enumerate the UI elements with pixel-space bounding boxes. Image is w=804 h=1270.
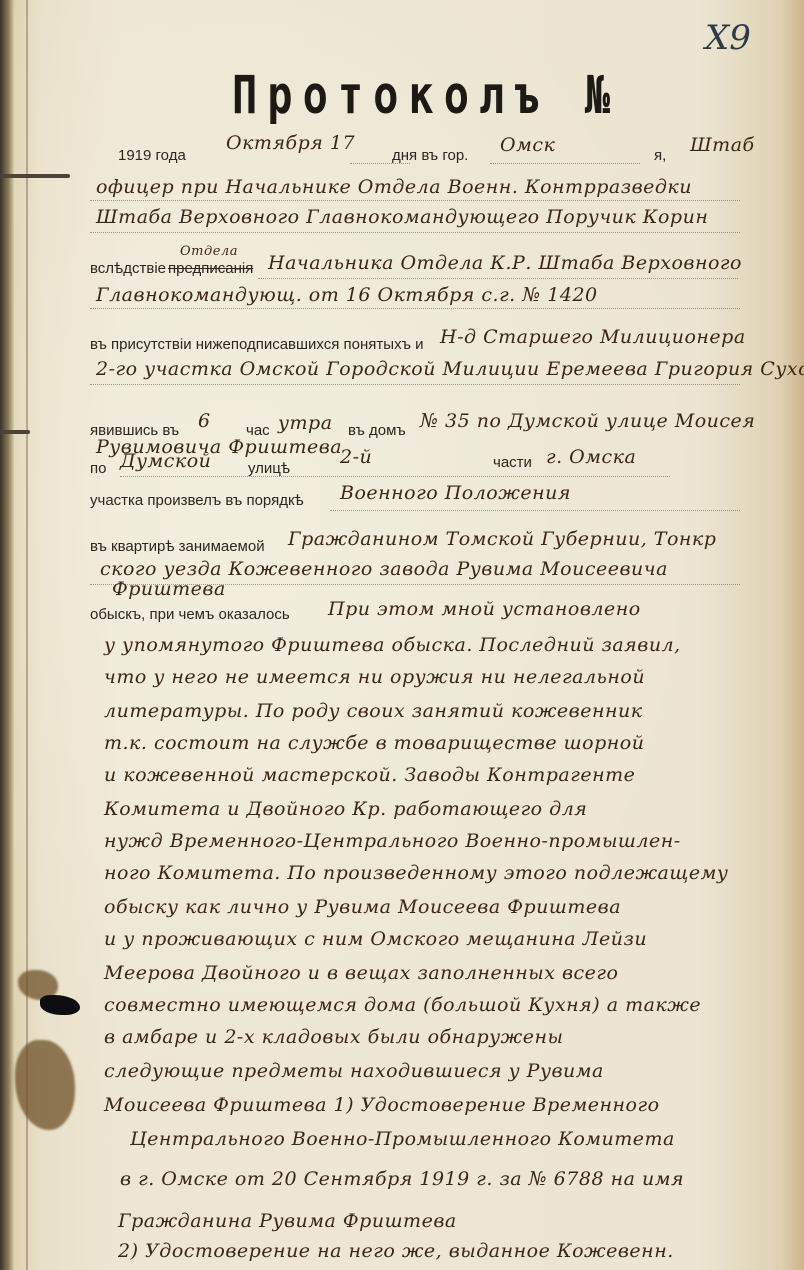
body-line: обыску как лично у Рувима Моисеева Фришт…: [104, 896, 621, 918]
document-page: X9 Протоколъ № 1919 года Октября 17 дня …: [0, 0, 804, 1270]
apartment-line-2: ского уезда Кожевенного завода Рувима Мо…: [100, 558, 668, 580]
body-line: следующие предметы находившиеся у Рувима: [104, 1060, 604, 1082]
fill-line: [90, 200, 740, 201]
apartment-label: въ квартирѣ занимаемой: [90, 538, 265, 555]
consequence-label: вслѣдствіе: [90, 260, 166, 277]
fill-line: [90, 384, 740, 385]
day-city-label: дня въ гор.: [392, 147, 468, 164]
body-line: Гражданина Рувима Фриштева: [118, 1210, 457, 1232]
body-line: нужд Временного-Центрального Военно-пром…: [104, 830, 681, 852]
po-label: по: [90, 460, 106, 477]
margin-pen-mark: [0, 430, 30, 434]
hour-time-handwritten: утра: [278, 412, 333, 434]
year-label: 1919 года: [118, 147, 186, 164]
hour-handwritten: 6: [198, 410, 211, 432]
witnesses-line-1: Н-д Старшего Милиционера: [440, 326, 746, 348]
body-line: т.к. состоит на службе в товариществе шо…: [104, 732, 644, 754]
fill-line: [330, 510, 740, 511]
page-binding-edge: [0, 0, 14, 1270]
consequence-struck-word: предписанія: [168, 260, 253, 277]
fill-line: [258, 278, 738, 279]
water-stain: [15, 1040, 75, 1130]
body-line: и у проживающих с ним Омского мещанина Л…: [104, 928, 647, 950]
body-line: Центрального Военно-Промышленного Комите…: [130, 1128, 675, 1150]
part-label: части: [493, 454, 532, 471]
ya-label: я,: [654, 147, 666, 164]
month-day-handwritten: Октября 17: [226, 132, 355, 154]
apartment-line-3: Фриштева: [112, 578, 226, 600]
fill-line: [120, 476, 670, 477]
order-line-2: Главнокомандующ. от 16 Октября с.г. № 14…: [96, 284, 598, 306]
body-line: Меерова Двойного и в вещах заполненных в…: [104, 962, 618, 984]
page-tear: [40, 995, 80, 1015]
body-line: литературы. По роду своих занятий кожеве…: [104, 700, 643, 722]
presence-label: въ присутствіи нижеподписавшихся понятых…: [90, 336, 424, 353]
body-line: совместно имеющемся дома (большой Кухня)…: [104, 994, 701, 1016]
order-line-1: Начальника Отдела К.Р. Штаба Верховного: [268, 252, 742, 274]
body-line: в амбаре и 2-х кладовых были обнаружены: [104, 1026, 563, 1048]
body-line: Комитета и Двойного Кр. работающего для: [104, 798, 587, 820]
fill-line: [90, 308, 740, 309]
body-line: Моисеева Фриштева 1) Удостоверение Време…: [104, 1094, 660, 1116]
body-line: у упомянутого Фриштева обыска. Последний…: [104, 634, 681, 656]
search-line-1: При этом мной установлено: [328, 598, 641, 620]
apartment-line-1: Гражданином Томской Губернии, Тонкр: [288, 528, 716, 550]
margin-pen-mark: [0, 174, 70, 178]
form-title: Протоколъ №: [232, 64, 620, 125]
archival-page-annotation: X9: [705, 18, 751, 58]
house-label: въ домъ: [348, 422, 406, 439]
part-city-handwritten: г. Омска: [546, 446, 636, 468]
street-handwritten: Думской: [120, 450, 211, 472]
officer-line-1: офицер при Начальнике Отдела Военн. Конт…: [96, 176, 692, 198]
house-handwritten: № 35 по Думской улице Моисея: [420, 410, 755, 432]
body-line: 2) Удостоверение на него же, выданное Ко…: [118, 1240, 674, 1262]
witnesses-line-2: 2-го участка Омской Городской Милиции Ер…: [96, 358, 804, 380]
search-label: обыскъ, при чемъ оказалось: [90, 606, 290, 623]
street-label: улицѣ: [248, 460, 290, 477]
district-handwritten: Военного Положения: [340, 482, 571, 504]
body-line: в г. Омске от 20 Сентября 1919 г. за № 6…: [120, 1168, 684, 1190]
fill-line: [90, 232, 740, 233]
part-handwritten: 2-й: [340, 446, 372, 468]
body-line: что у него не имеется ни оружия ни нелег…: [104, 666, 645, 688]
district-label: участка произвелъ въ порядкѣ: [90, 492, 304, 509]
body-line: ного Комитета. По произведенному этого п…: [104, 862, 728, 884]
officer-line-2: Штаба Верховного Главнокомандующего Пору…: [96, 206, 708, 228]
order-correction-above: Отдела: [180, 244, 238, 259]
city-handwritten: Омск: [500, 134, 555, 156]
fill-line: [490, 163, 640, 164]
body-line: и кожевенной мастерской. Заводы Контраге…: [104, 764, 635, 786]
officer-handwritten-start: Штаб: [690, 134, 755, 156]
